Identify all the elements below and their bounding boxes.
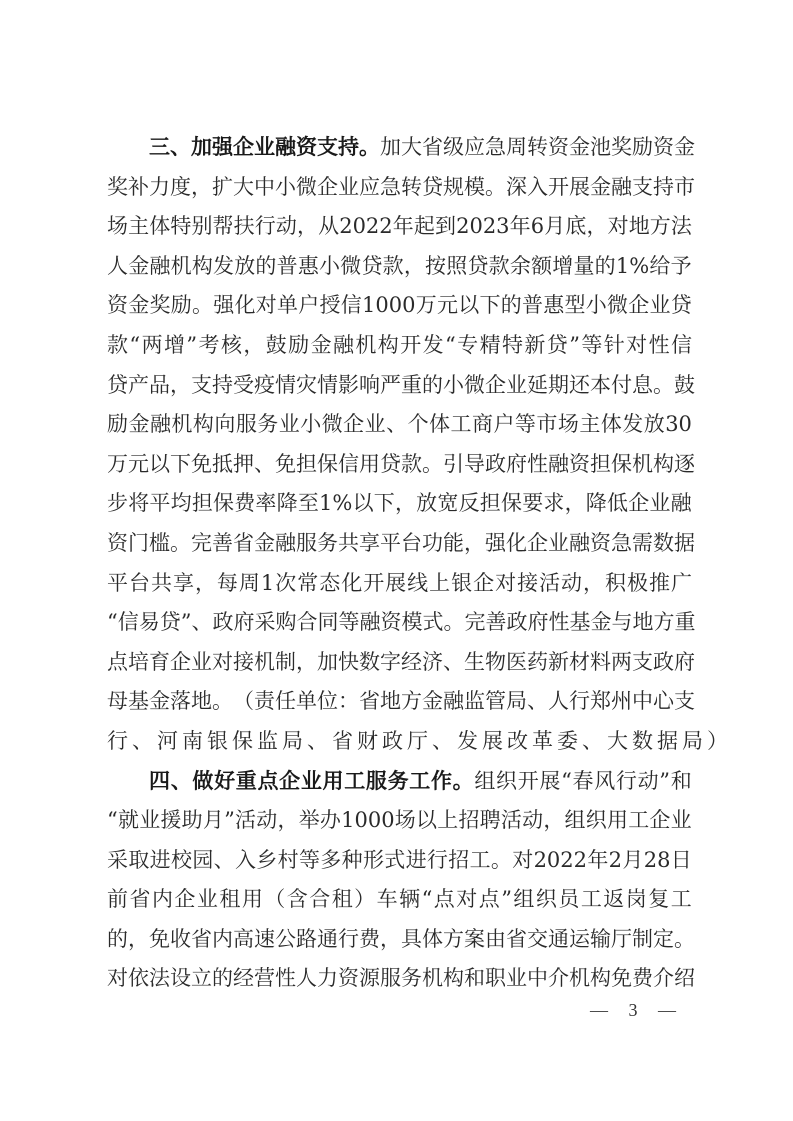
text-char: 、	[254, 445, 275, 485]
text-char: 业	[139, 801, 160, 841]
text-char: 平	[149, 484, 170, 524]
text-char: 余	[510, 247, 531, 287]
text-char: 主	[579, 405, 600, 445]
text-char: 微	[296, 168, 317, 208]
text-char: 乡	[256, 841, 277, 881]
heading-char: 企	[279, 762, 300, 802]
text-char: 、	[582, 722, 607, 762]
text-char: 改	[507, 722, 532, 762]
text-char: 、	[192, 603, 213, 643]
text-char: 急	[485, 128, 506, 168]
text-char: 周	[506, 128, 527, 168]
text-char: 村	[278, 841, 299, 881]
text-char: 活	[501, 801, 522, 841]
text-char: 普	[522, 286, 543, 326]
text-char: 政	[382, 722, 407, 762]
text-char: 力	[149, 168, 170, 208]
text-char: 案	[464, 920, 485, 960]
text-char: 企	[527, 524, 548, 564]
text-line: 奖补力度，扩大中小微企业应急转贷规模。深入开展金融支持市	[107, 168, 692, 208]
text-char: ，	[277, 801, 298, 841]
text-char: 28	[644, 841, 671, 881]
text-char: 对	[512, 841, 533, 881]
text-char: 资	[107, 524, 128, 564]
text-char: 人	[107, 247, 128, 287]
text-char: 动	[522, 801, 543, 841]
text-char: 风	[594, 762, 615, 802]
heading-char: 业	[254, 128, 275, 168]
text-char: 企	[628, 286, 649, 326]
text-char: 发	[423, 326, 444, 366]
text-char: 财	[357, 722, 382, 762]
text-char: 租	[219, 880, 240, 920]
heading-char: 三	[149, 128, 170, 168]
text-char: 入	[235, 841, 256, 881]
text-char: 支	[632, 168, 653, 208]
text-char: ”	[659, 762, 670, 802]
text-char: 性	[527, 445, 548, 485]
text-char: 疫	[254, 366, 275, 406]
text-char: 担	[296, 445, 317, 485]
text-char: ，	[128, 920, 149, 960]
text-char: 持	[212, 366, 233, 406]
text-char: 交	[527, 920, 548, 960]
text-char: 金	[674, 128, 695, 168]
text-char: 省	[233, 524, 254, 564]
text-char: 月	[544, 207, 565, 247]
text-char: 省	[359, 682, 380, 722]
text-char: 数	[359, 643, 380, 683]
text-char: 的	[595, 247, 616, 287]
text-char: 展	[569, 168, 590, 208]
text-char: 工	[581, 880, 602, 920]
text-char: 强	[485, 524, 506, 564]
text-char: 资	[569, 445, 590, 485]
text-char: 机	[422, 959, 443, 999]
text-char: 抵	[212, 445, 233, 485]
text-char: 。	[192, 286, 213, 326]
text-char: 地	[380, 682, 401, 722]
text-char: 月	[622, 841, 643, 881]
text-char: 性	[649, 326, 670, 366]
text-char: 完	[191, 524, 212, 564]
text-char: 辆	[399, 880, 420, 920]
text-char: 依	[128, 959, 149, 999]
text-char: 贷	[422, 168, 443, 208]
text-char: 内	[212, 920, 233, 960]
text-char: 年	[393, 207, 414, 247]
text-char: 开	[548, 168, 569, 208]
text-char: 厅	[611, 920, 632, 960]
text-char: 员	[558, 880, 579, 920]
text-char: 低	[607, 484, 628, 524]
text-char: 前	[107, 880, 128, 920]
text-char: 享	[359, 524, 380, 564]
text-char: 发	[457, 722, 482, 762]
text-line: “信易贷”、政府采购合同等融资模式。完善政府性基金与地方重	[107, 603, 692, 643]
text-char: 扶	[234, 207, 255, 247]
text-char: 惠	[298, 247, 319, 287]
text-char: 业	[197, 880, 218, 920]
text-char: 业	[338, 168, 359, 208]
text-char: 完	[465, 603, 486, 643]
text-char: 响	[359, 366, 380, 406]
text-char: 30	[665, 405, 692, 445]
text-char: 任	[275, 682, 296, 722]
text-char: 放	[416, 484, 437, 524]
text-char: 量	[573, 247, 594, 287]
text-char: 影	[338, 366, 359, 406]
text-char: 信	[341, 286, 362, 326]
text-char: 模	[402, 603, 423, 643]
text-char: ，	[464, 524, 485, 564]
text-line: 场主体特别帮扶行动，从2022年起到2023年6月底，对地方法	[107, 207, 692, 247]
text-char: 新	[548, 643, 569, 683]
text-char: 严	[380, 366, 401, 406]
text-char: 融	[333, 326, 354, 366]
text-char: 管	[485, 682, 506, 722]
text-char: 融	[569, 524, 590, 564]
text-char: 奖	[107, 168, 128, 208]
text-char: 日	[671, 841, 692, 881]
text-char: 商	[472, 405, 493, 445]
text-char: 医	[506, 643, 527, 683]
text-char: 金	[422, 682, 443, 722]
text-char: 务	[257, 405, 278, 445]
text-char: 融	[360, 603, 381, 643]
text-char: 2	[609, 841, 622, 881]
text-char: 元	[437, 286, 458, 326]
text-char: 性	[549, 603, 570, 643]
text-char: 工	[470, 841, 491, 881]
heading-char: 资	[296, 128, 317, 168]
text-char: 定	[653, 920, 674, 960]
text-char: 平	[380, 524, 401, 564]
text-line: 款“两增”考核，鼓励金融机构开发“专精特新贷”等针对性信	[107, 326, 692, 366]
text-char: 河	[157, 722, 182, 762]
text-char: “	[107, 603, 118, 643]
text-char: 金	[569, 128, 590, 168]
text-char: 育	[149, 643, 170, 683]
text-char: 业	[649, 484, 670, 524]
text-char: 针	[604, 326, 625, 366]
text-char: 信	[338, 445, 359, 485]
text-char: 企	[473, 564, 494, 604]
text-char: 内	[152, 880, 173, 920]
text-char: ，	[586, 207, 607, 247]
text-char: 法	[149, 959, 170, 999]
text-char: 用	[607, 801, 628, 841]
text-char: 务	[317, 524, 338, 564]
text-char: 省	[332, 722, 357, 762]
text-char: 规	[443, 168, 464, 208]
text-char: 组	[474, 762, 495, 802]
text-char: 活	[539, 564, 560, 604]
text-char: 将	[128, 484, 149, 524]
text-char: 向	[214, 405, 235, 445]
text-char: 贷	[547, 326, 568, 366]
text-char: 以	[458, 286, 479, 326]
text-char: 务	[401, 959, 422, 999]
text-char: 逐	[674, 445, 695, 485]
text-char: 广	[671, 564, 692, 604]
text-char: 工	[628, 801, 649, 841]
text-char: 极	[627, 564, 648, 604]
text-char: 两	[142, 326, 163, 366]
text-char: 展	[385, 564, 406, 604]
heading-char: 、	[171, 762, 192, 802]
text-char: 收	[170, 920, 191, 960]
text-char: 大	[401, 128, 422, 168]
text-char: 运	[569, 920, 590, 960]
text-char: 上	[429, 564, 450, 604]
text-char: ”	[181, 603, 192, 643]
text-char: 急	[611, 524, 632, 564]
heading-char: 企	[233, 128, 254, 168]
text-char: 共	[338, 524, 359, 564]
text-char: 展	[482, 722, 507, 762]
text-char: 企	[485, 366, 506, 406]
text-char: 州	[611, 682, 632, 722]
heading-char: 好	[214, 762, 235, 802]
text-char: 融	[548, 445, 569, 485]
text-char: 政	[485, 445, 506, 485]
text-char: 生	[464, 643, 485, 683]
text-char: 种	[342, 841, 363, 881]
text-char: 免	[149, 920, 170, 960]
text-char: 与	[612, 603, 633, 643]
text-char: 服	[236, 405, 257, 445]
text-char: 户	[493, 405, 514, 445]
text-char: 资	[381, 603, 402, 643]
text-char: 机	[569, 959, 590, 999]
heading-char: 强	[212, 128, 233, 168]
text-char: 经	[401, 643, 422, 683]
text-char: （	[233, 682, 254, 722]
text-char: 服	[296, 524, 317, 564]
text-char: 省	[422, 128, 443, 168]
heading-char: 做	[192, 762, 213, 802]
text-char: ，	[404, 247, 425, 287]
text-char: 市	[536, 405, 557, 445]
text-char: 微	[322, 405, 343, 445]
text-char: 局	[682, 722, 707, 762]
text-char: 普	[277, 247, 298, 287]
text-char: 行	[569, 682, 590, 722]
text-char: 府	[234, 603, 255, 643]
text-char: 还	[569, 366, 590, 406]
text-char: 急	[380, 168, 401, 208]
text-char: 易	[139, 603, 160, 643]
text-char: 线	[407, 564, 428, 604]
text-char: 每	[217, 564, 238, 604]
text-char: 保	[213, 484, 234, 524]
text-char: 和	[671, 762, 692, 802]
text-char: 奖	[150, 286, 171, 326]
text-char: 小	[319, 247, 340, 287]
text-char: 位	[317, 682, 338, 722]
text-char: 增	[164, 326, 185, 366]
text-char: 动	[638, 762, 659, 802]
text-char: 、	[386, 405, 407, 445]
text-char: 特	[170, 207, 191, 247]
text-char: 受	[233, 366, 254, 406]
text-char: 。	[170, 524, 191, 564]
text-char: 鼓	[674, 366, 695, 406]
text-char: 新	[524, 326, 545, 366]
text-char: 重	[401, 366, 422, 406]
text-char: 进	[406, 841, 427, 881]
text-char: 门	[128, 524, 149, 564]
text-char: 组	[513, 880, 534, 920]
text-char: 费	[632, 959, 653, 999]
text-char: 郑	[590, 682, 611, 722]
text-char: 贷	[160, 603, 181, 643]
text-char: 微	[340, 247, 361, 287]
text-char: 付	[611, 366, 632, 406]
text-char: 年	[587, 841, 608, 881]
text-char: 槛	[149, 524, 170, 564]
text-char: 机	[632, 445, 653, 485]
text-char: 均	[171, 484, 192, 524]
text-char: 积	[605, 564, 626, 604]
text-char: 行	[255, 207, 276, 247]
text-char: 降	[277, 484, 298, 524]
text-char: 地	[191, 682, 212, 722]
text-char: 化	[506, 524, 527, 564]
text-char: 用	[242, 880, 263, 920]
text-char: 持	[653, 168, 674, 208]
text-char: 租	[332, 880, 353, 920]
text-line: 步将平均担保费率降至1%以下，放宽反担保要求，降低企业融	[107, 484, 692, 524]
text-char: 场	[107, 207, 128, 247]
text-char: 1000	[341, 801, 394, 841]
text-char: 台	[401, 524, 422, 564]
text-line: 平台共享，每周1次常态化开展线上银企对接活动，积极推广	[107, 564, 692, 604]
text-char: 取	[128, 841, 149, 881]
text-char: 度	[170, 168, 191, 208]
text-char: 合	[297, 603, 318, 643]
text-char: 金	[128, 286, 149, 326]
text-char: 业	[506, 366, 527, 406]
text-char: 支	[674, 682, 695, 722]
text-char: 1%	[616, 247, 649, 287]
text-char: 转	[527, 128, 548, 168]
text-char: 行	[616, 762, 637, 802]
text-char: 由	[485, 920, 506, 960]
text-char: 贷	[361, 247, 382, 287]
text-char: 和	[464, 959, 485, 999]
text-char: 化	[341, 564, 362, 604]
text-char: 增	[552, 247, 573, 287]
text-line: “就业援助月”活动，举办1000场以上招聘活动，组织用工企业	[107, 801, 692, 841]
text-char: 政	[507, 603, 528, 643]
text-char: 革	[532, 722, 557, 762]
text-char: 省	[506, 920, 527, 960]
text-char: 、	[443, 643, 464, 683]
text-char: 帮	[213, 207, 234, 247]
text-char: 府	[674, 643, 695, 683]
heading-char: 用	[323, 762, 344, 802]
text-char: 展	[539, 762, 560, 802]
text-char: 下	[374, 484, 395, 524]
text-char: 。	[653, 366, 674, 406]
text-char: “	[422, 880, 433, 920]
text-char: 政	[653, 643, 674, 683]
text-char: 合	[309, 880, 330, 920]
text-char: 动	[276, 207, 297, 247]
text-char: 组	[565, 801, 586, 841]
heading-char: 重	[236, 762, 257, 802]
text-char: 转	[401, 168, 422, 208]
text-char: 构	[443, 959, 464, 999]
text-char: 点	[434, 880, 455, 920]
text-char: 营	[254, 959, 275, 999]
text-char: 6	[531, 207, 544, 247]
text-char: 等	[515, 405, 536, 445]
text-char: 。	[422, 445, 443, 485]
text-char: 进	[150, 841, 171, 881]
text-char: 性	[275, 959, 296, 999]
text-char: 数	[632, 722, 657, 762]
text-char: 业	[365, 405, 386, 445]
text-char: 人	[548, 682, 569, 722]
section-heading-line: 三、加强企业融资支持。加大省级应急周转资金池奖励资金	[107, 128, 692, 168]
text-char: 通	[317, 920, 338, 960]
text-char: ）	[354, 880, 375, 920]
heading-char: 工	[344, 762, 365, 802]
text-char: 高	[233, 920, 254, 960]
text-char: 加	[380, 128, 401, 168]
text-char: 款	[401, 445, 422, 485]
text-char: 构	[653, 445, 674, 485]
text-char: ，	[296, 643, 317, 683]
text-char: 融	[671, 484, 692, 524]
heading-char: 业	[301, 762, 322, 802]
text-char: 校	[171, 841, 192, 881]
text-char: 含	[287, 880, 308, 920]
text-char: 鼓	[266, 326, 287, 366]
text-char: 监	[464, 682, 485, 722]
text-char: 开	[400, 326, 421, 366]
text-char: 动	[561, 564, 582, 604]
text-char: 池	[590, 128, 611, 168]
text-char: 具	[401, 920, 422, 960]
text-char: 加	[317, 643, 338, 683]
text-char: 快	[338, 643, 359, 683]
text-char: 延	[527, 366, 548, 406]
text-char: 。	[444, 603, 465, 643]
text-line: 资门槛。完善省金融服务共享平台功能，强化企业融资急需数据	[107, 524, 692, 564]
text-char: 微	[607, 286, 628, 326]
text-char: 放	[234, 247, 255, 287]
text-char: 政	[213, 603, 234, 643]
text-char: 聘	[480, 801, 501, 841]
text-line: 的，免收省内高速公路通行费，具体方案由省交通运输厅制定。	[107, 920, 692, 960]
text-char: 期	[548, 366, 569, 406]
text-char: 励	[107, 405, 128, 445]
text-char: 小	[300, 405, 321, 445]
text-char: 型	[564, 286, 585, 326]
text-char: 责	[254, 682, 275, 722]
text-char: ，	[565, 484, 586, 524]
text-char: 。	[212, 682, 233, 722]
text-char: 路	[296, 920, 317, 960]
text-char: 对	[456, 880, 477, 920]
text-char: 业	[279, 405, 300, 445]
text-char: 就	[118, 801, 139, 841]
text-char: 金	[591, 603, 612, 643]
